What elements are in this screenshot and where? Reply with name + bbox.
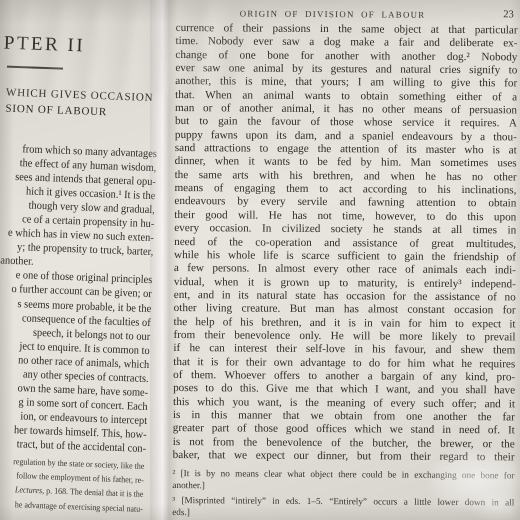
right-page-footnotes: ² [It is by no means clear what object t… <box>172 468 514 520</box>
left-page-body: from which so many advantages the effect… <box>0 141 157 456</box>
footnote-italic-title: Lectures <box>15 485 43 496</box>
heading-rule <box>7 66 63 70</box>
body-line: baker, that we expect our dinner, but fr… <box>173 449 515 465</box>
right-page-body: currence of their passions in the same o… <box>173 22 518 465</box>
footnote-line: another.] <box>172 480 514 494</box>
book-photo: PTER II WHICH GIVES OCCASION SION OF LAB… <box>0 0 520 520</box>
page-number: 23 <box>503 9 514 20</box>
footnote-2: ² [It is by no means clear what object t… <box>172 468 514 494</box>
footnote-3: ³ [Misprinted “intirely” in eds. 1–5. “E… <box>172 495 514 520</box>
chapter-subheading-line: WHICH GIVES OCCASION <box>6 87 154 104</box>
left-page-footnote: regulation by the state or society, like… <box>0 452 145 515</box>
chapter-heading-fragment: PTER II <box>3 33 85 58</box>
left-page: PTER II WHICH GIVES OCCASION SION OF LAB… <box>0 0 168 520</box>
footnote-line: ² [It is by no means clear what object t… <box>172 468 514 482</box>
footnote-line: ³ [Misprinted “intirely” in eds. 1–5. “E… <box>172 495 514 509</box>
right-page: ORIGIN OF DIVISION OF LABOUR 23 currence… <box>170 0 520 520</box>
footnote-line-rest: , p. 168. The denial that it is the <box>42 486 144 500</box>
chapter-subheading-line: SION OF LABOUR <box>5 103 107 119</box>
running-header-title: ORIGIN OF DIVISION OF LABOUR <box>240 8 426 19</box>
